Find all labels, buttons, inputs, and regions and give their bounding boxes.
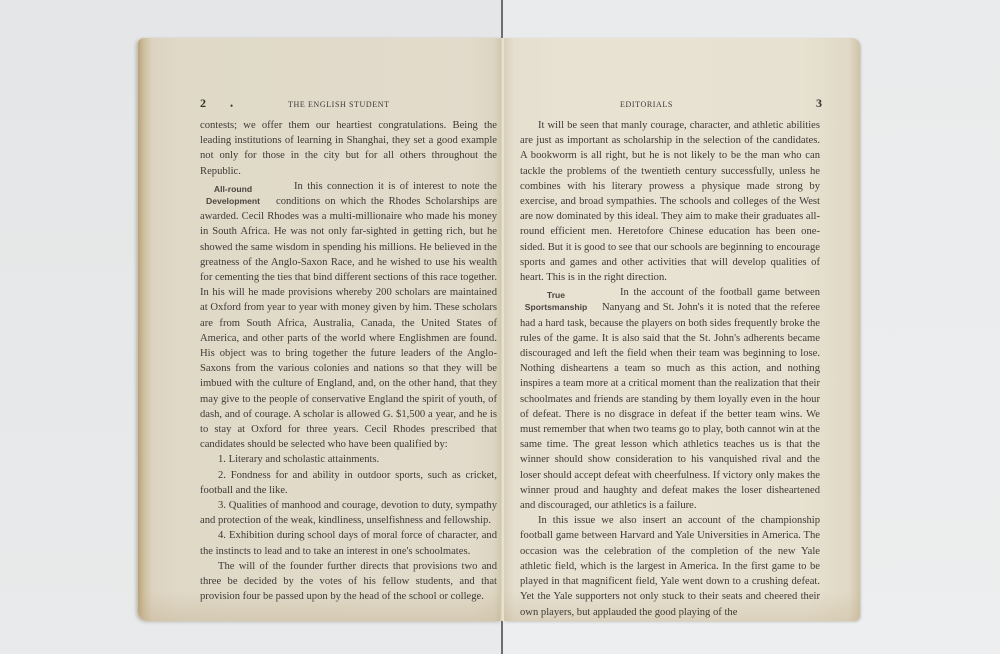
right-page-body: It will be seen that manly courage, char… [520, 118, 820, 620]
page-number-left: 2 [200, 96, 206, 111]
header-bullet: • [230, 101, 234, 111]
open-book: 2 • THE ENGLISH STUDENT contests; we off… [138, 38, 868, 623]
paragraph: It will be seen that manly courage, char… [520, 118, 820, 285]
page-number-right: 3 [816, 96, 822, 111]
list-item: 2. Fondness for and ability in outdoor s… [200, 468, 497, 498]
paragraph: True SportsmanshipIn the account of the … [520, 285, 820, 513]
margin-note-all-round-development: All-round Development [200, 183, 266, 207]
left-page-body: contests; we offer them our heartiest co… [200, 118, 497, 605]
paragraph: The will of the founder further directs … [200, 559, 497, 605]
list-item: 3. Qualities of manhood and courage, dev… [200, 498, 497, 528]
running-head-left: THE ENGLISH STUDENT [288, 100, 390, 109]
left-page: 2 • THE ENGLISH STUDENT contests; we off… [138, 38, 502, 621]
right-page: EDITORIALS 3 It will be seen that manly … [504, 38, 860, 621]
paragraph: In this issue we also insert an account … [520, 513, 820, 619]
paragraph: All-round DevelopmentIn this connection … [200, 179, 497, 453]
margin-note-true-sportsmanship: True Sportsmanship [520, 289, 592, 313]
list-item: 1. Literary and scholastic attainments. [200, 452, 497, 467]
paragraph: contests; we offer them our heartiest co… [200, 118, 497, 179]
running-head-right: EDITORIALS [620, 100, 673, 109]
list-item: 4. Exhibition during school days of mora… [200, 528, 497, 558]
